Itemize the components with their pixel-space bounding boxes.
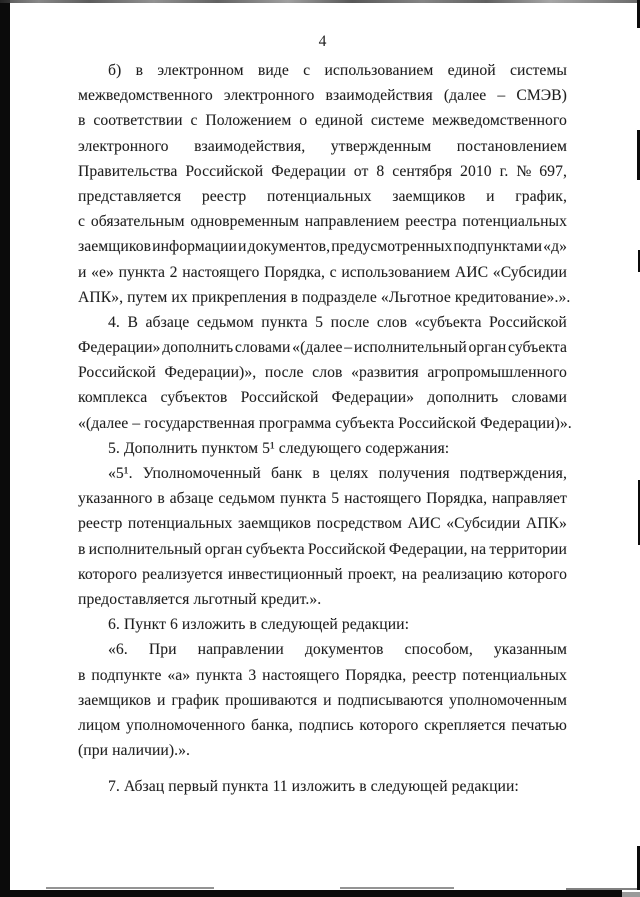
paragraph: 6. Пункт 6 изложить в следующей редакции… bbox=[78, 612, 567, 637]
text-line: всоответствиисПоложениемоединойсистемеме… bbox=[78, 108, 567, 133]
text-line: и«е»пункта2настоящегоПорядка,сиспользова… bbox=[78, 260, 567, 285]
text-line: межведомственногоэлектронноговзаимодейст… bbox=[78, 83, 567, 108]
text-line: заемщиковинформацииидокументов,предусмот… bbox=[78, 234, 567, 259]
text-line: висполнительныйоргансубъектаРоссийскойФе… bbox=[78, 537, 567, 562]
text-line: 6. Пункт 6 изложить в следующей редакции… bbox=[78, 612, 567, 637]
paragraph: б)вэлектронномвидесиспользованиемединойс… bbox=[78, 58, 567, 310]
text-line: представляетсяреестрпотенциальныхзаемщик… bbox=[78, 184, 567, 209]
text-line: заемщиковиграфикпрошиваютсяиподписываютс… bbox=[78, 688, 567, 713]
page-number: 4 bbox=[78, 33, 567, 51]
text-line: РоссийскойФедерации)»,послеслов«развития… bbox=[78, 360, 567, 385]
text-line: предоставляется льготный кредит.». bbox=[78, 587, 567, 612]
scan-artifact-bottom-right bbox=[622, 892, 640, 897]
text-line: вподпункте«а»пункта3настоящегоПорядка,ре… bbox=[78, 663, 567, 688]
text-line: реестрпотенциальныхзаемщиковпосредствомА… bbox=[78, 511, 567, 536]
text-line: 4.Вабзацеседьмомпункта5послеслов«субъект… bbox=[78, 310, 567, 335]
scan-artifact-top-line bbox=[0, 0, 640, 3]
text-line: АПК», путем их прикрепления в подразделе… bbox=[78, 285, 567, 310]
paragraph: 5. Дополнить пунктом 5¹ следующего содер… bbox=[78, 436, 567, 461]
text-line: ПравительстваРоссийскойФедерацииот8сентя… bbox=[78, 159, 567, 184]
document-body: б)вэлектронномвидесиспользованиемединойс… bbox=[78, 58, 567, 799]
paragraph: «5¹.Уполномоченныйбанквцеляхполученияпод… bbox=[78, 461, 567, 612]
paragraph: 7. Абзац первый пункта 11 изложить в сле… bbox=[78, 774, 567, 799]
text-line: «5¹.Уполномоченныйбанквцеляхполученияпод… bbox=[78, 461, 567, 486]
text-line: б)вэлектронномвидесиспользованиемединойс… bbox=[78, 58, 567, 83]
paragraph: «6.Принаправлениидокументовспособом,указ… bbox=[78, 637, 567, 763]
text-line: комплексасубъектовРоссийскойФедерации»до… bbox=[78, 385, 567, 410]
text-line: которогореализуетсяинвестиционныйпроект,… bbox=[78, 562, 567, 587]
text-line: «6.Принаправлениидокументовспособом,указ… bbox=[78, 637, 567, 662]
text-line: «(далее – государственная программа субъ… bbox=[78, 411, 567, 436]
scan-smudge bbox=[566, 888, 640, 890]
scan-smudge bbox=[340, 887, 454, 889]
scan-artifact-bottom-bar bbox=[0, 890, 622, 897]
text-line: собязательнымодновременнымнаправлениемре… bbox=[78, 209, 567, 234]
paragraph: 4.Вабзацеседьмомпункта5послеслов«субъект… bbox=[78, 310, 567, 436]
scan-artifact-left-bar bbox=[0, 0, 10, 897]
text-line: указанноговабзацеседьмомпункта5настоящег… bbox=[78, 486, 567, 511]
scan-smudge bbox=[46, 887, 214, 889]
text-line: лицомуполномоченногобанка,подписькоторог… bbox=[78, 713, 567, 738]
text-line: электронноговзаимодействия,утвержденнымп… bbox=[78, 134, 567, 159]
text-line: 5. Дополнить пунктом 5¹ следующего содер… bbox=[78, 436, 567, 461]
scanned-document-page: 4 б)вэлектронномвидесиспользованиемедино… bbox=[0, 0, 640, 897]
text-line: (при наличии).». bbox=[78, 738, 567, 763]
text-line: Федерации»дополнитьсловами«(далее–исполн… bbox=[78, 335, 567, 360]
text-line: 7. Абзац первый пункта 11 изложить в сле… bbox=[78, 774, 567, 799]
